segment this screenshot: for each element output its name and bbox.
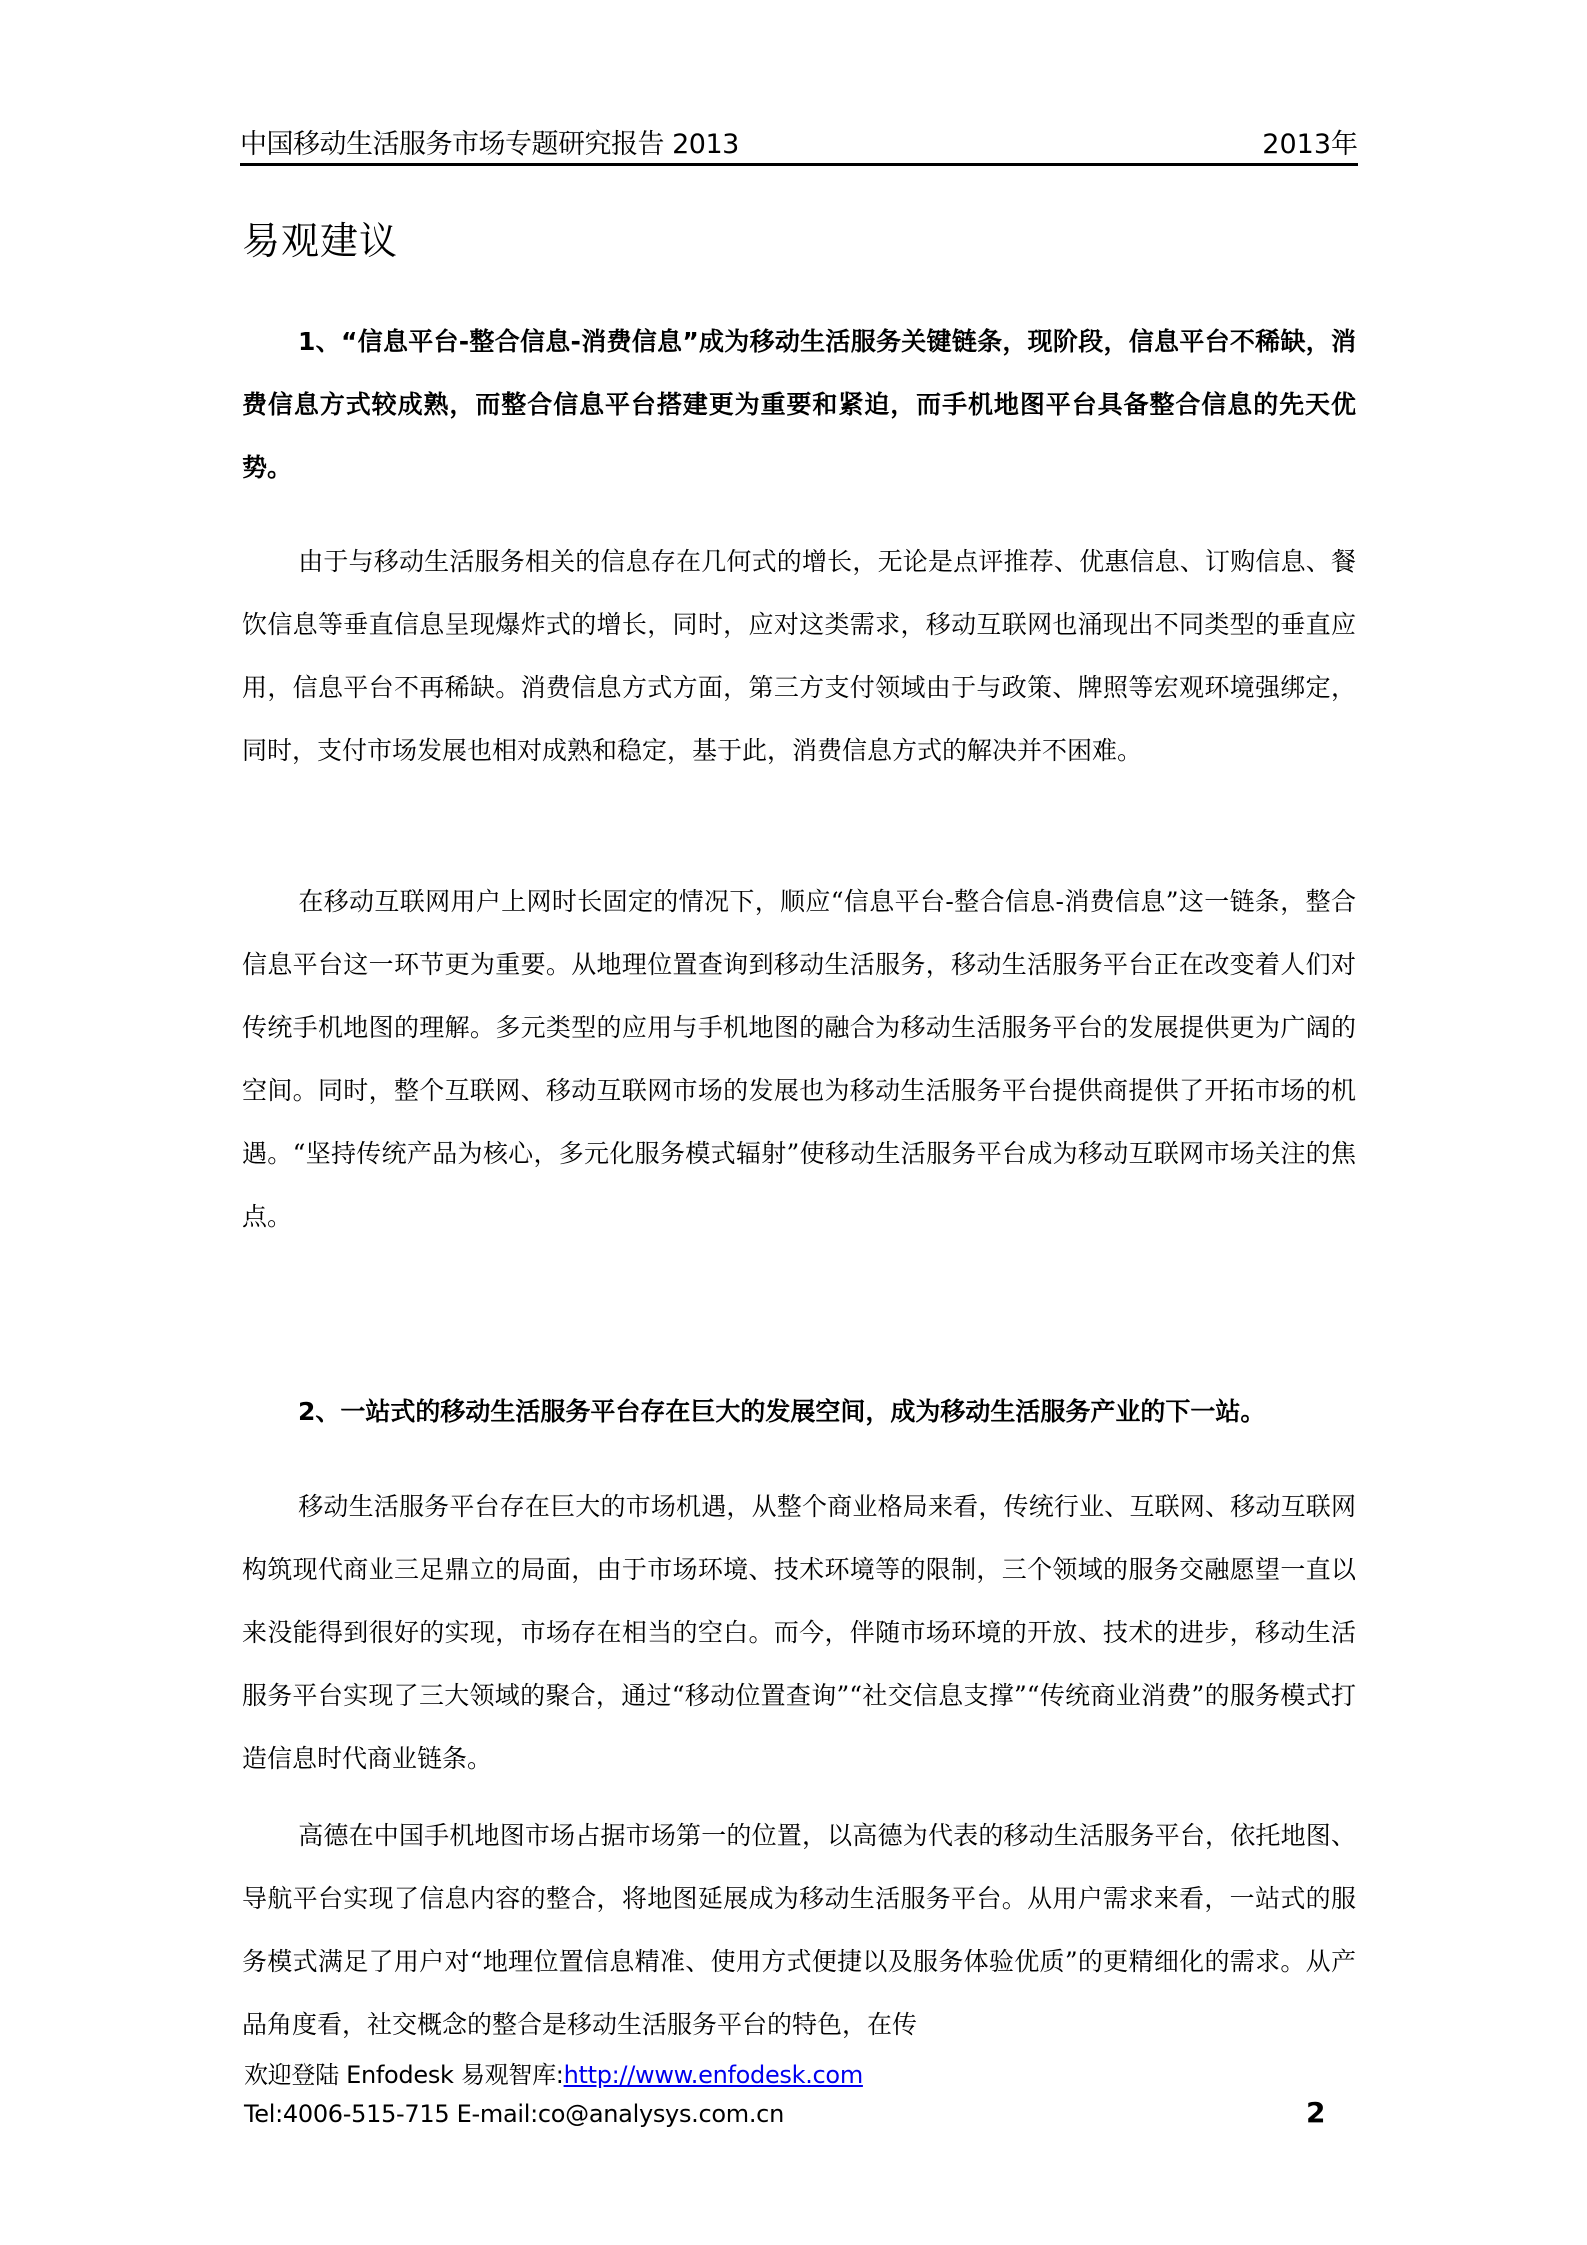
point-2-heading-text: 2、一站式的移动生活服务平台存在巨大的发展空间，成为移动生活服务产业的下一站。 bbox=[298, 1397, 1265, 1426]
page-number: 2 bbox=[1306, 2096, 1325, 2129]
paragraph-text: 在移动互联网用户上网时长固定的情况下，顺应“信息平台-整合信息-消费信息”这一链… bbox=[242, 887, 1356, 1231]
point-1-paragraph-1: 由于与移动生活服务相关的信息存在几何式的增长，无论是点评推荐、优惠信息、订购信息… bbox=[242, 530, 1356, 782]
paragraph-text: 由于与移动生活服务相关的信息存在几何式的增长，无论是点评推荐、优惠信息、订购信息… bbox=[242, 547, 1356, 765]
report-title: 中国移动生活服务市场专题研究报告 2013 bbox=[240, 122, 739, 161]
paragraph-text: 高德在中国手机地图市场占据市场第一的位置，以高德为代表的移动生活服务平台，依托地… bbox=[242, 1821, 1356, 2039]
footer-welcome-text: 欢迎登陆 Enfodesk 易观智库: bbox=[244, 2061, 564, 2089]
point-1-paragraph-2: 在移动互联网用户上网时长固定的情况下，顺应“信息平台-整合信息-消费信息”这一链… bbox=[242, 870, 1356, 1248]
footer-welcome: 欢迎登陆 Enfodesk 易观智库:http://www.enfodesk.c… bbox=[244, 2055, 863, 2090]
header-divider bbox=[240, 163, 1358, 166]
point-2-paragraph-1: 移动生活服务平台存在巨大的市场机遇，从整个商业格局来看，传统行业、互联网、移动互… bbox=[242, 1475, 1356, 1790]
point-1-heading: 1、“信息平台-整合信息-消费信息”成为移动生活服务关键链条，现阶段，信息平台不… bbox=[242, 310, 1356, 499]
page-header: 中国移动生活服务市场专题研究报告 2013 2013年 bbox=[240, 118, 1358, 162]
report-year: 2013年 bbox=[1262, 122, 1358, 161]
enfodesk-link[interactable]: http://www.enfodesk.com bbox=[564, 2061, 863, 2089]
point-2-heading: 2、一站式的移动生活服务平台存在巨大的发展空间，成为移动生活服务产业的下一站。 bbox=[242, 1380, 1356, 1443]
point-2-paragraph-2: 高德在中国手机地图市场占据市场第一的位置，以高德为代表的移动生活服务平台，依托地… bbox=[242, 1804, 1356, 2056]
section-title: 易观建议 bbox=[242, 210, 398, 265]
paragraph-text: 移动生活服务平台存在巨大的市场机遇，从整个商业格局来看，传统行业、互联网、移动互… bbox=[242, 1492, 1356, 1773]
footer-contact: Tel:4006-515-715 E-mail:co@analysys.com.… bbox=[244, 2100, 784, 2128]
point-1-heading-text: 1、“信息平台-整合信息-消费信息”成为移动生活服务关键链条，现阶段，信息平台不… bbox=[242, 327, 1356, 482]
